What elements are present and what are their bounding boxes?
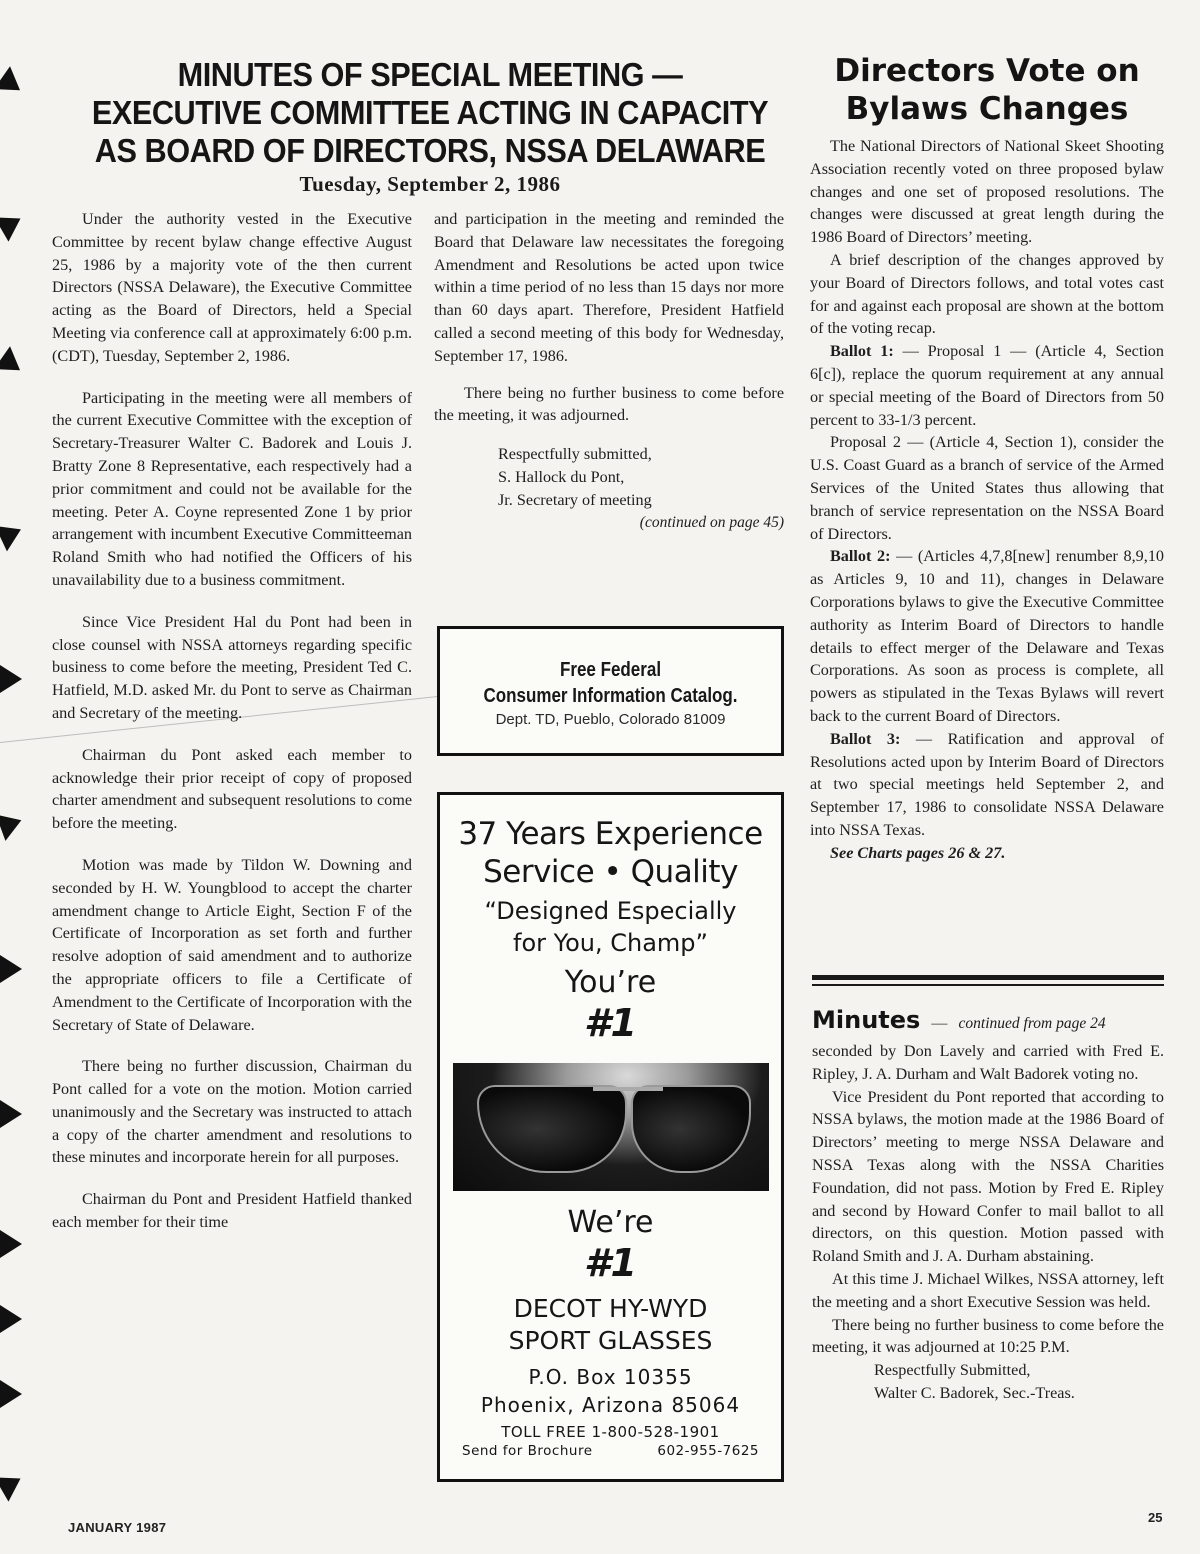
ad-company-name: DECOT HY-WYD bbox=[440, 1293, 781, 1325]
minutes-signoff: Respectfully Submitted, Walter C. Badore… bbox=[874, 1359, 1164, 1404]
ad-were-text: We’re bbox=[440, 1205, 781, 1241]
minutes-title: Minutes bbox=[812, 1006, 920, 1034]
binding-mark bbox=[0, 955, 22, 983]
paragraph: Motion was made by Tildon W. Downing and… bbox=[52, 854, 412, 1036]
ad-were-number: #1 bbox=[440, 1241, 781, 1285]
ad-phone: 602-955-7625 bbox=[657, 1443, 759, 1459]
lens-left-shape bbox=[477, 1085, 627, 1173]
binding-mark bbox=[0, 517, 27, 552]
headline-line: Directors Vote on bbox=[808, 52, 1166, 90]
page-number: 25 bbox=[1148, 1510, 1162, 1525]
binding-mark bbox=[0, 346, 28, 382]
ad-experience-line: 37 Years Experience bbox=[440, 815, 781, 853]
minutes-continued-body: seconded by Don Lavely and carried with … bbox=[812, 1040, 1164, 1404]
ad-youre-text: You’re bbox=[440, 965, 781, 1001]
sunglasses-photo bbox=[453, 1063, 769, 1191]
catalog-ad-address: Dept. TD, Pueblo, Colorado 81009 bbox=[440, 711, 781, 728]
paragraph: and participation in the meeting and rem… bbox=[434, 208, 784, 368]
headline-line: Bylaws Changes bbox=[808, 90, 1166, 128]
catalog-advertisement: Free Federal Consumer Information Catalo… bbox=[437, 626, 784, 756]
ballot-3-paragraph: Ballot 3: — Ratification and approval of… bbox=[810, 728, 1164, 842]
section-divider-thin bbox=[812, 984, 1164, 986]
ballot-label: Ballot 3: bbox=[830, 730, 900, 748]
ballot-label: Ballot 2: bbox=[830, 547, 890, 565]
paragraph: There being no further business to come … bbox=[812, 1314, 1164, 1360]
glasses-bridge-shape bbox=[593, 1087, 663, 1091]
see-charts-link[interactable]: See Charts pages 26 & 27. bbox=[810, 842, 1164, 865]
main-article-dateline: Tuesday, September 2, 1986 bbox=[60, 172, 800, 197]
binding-mark bbox=[0, 1305, 22, 1333]
ballot-label: Ballot 1: bbox=[830, 342, 894, 360]
catalog-ad-title: Free Federal Consumer Information Catalo… bbox=[466, 657, 756, 709]
ad-service-quality-line: Service • Quality bbox=[440, 853, 781, 891]
paragraph: Under the authority vested in the Execut… bbox=[52, 208, 412, 368]
main-article-column-1: Under the authority vested in the Execut… bbox=[52, 208, 412, 1253]
binding-mark bbox=[0, 1380, 22, 1408]
signoff-line: Respectfully Submitted, bbox=[874, 1359, 1164, 1382]
signoff-line: Respectfully submitted, bbox=[498, 443, 784, 466]
binding-mark bbox=[0, 206, 28, 241]
binding-mark bbox=[0, 1466, 28, 1501]
paragraph: At this time J. Michael Wilkes, NSSA att… bbox=[812, 1268, 1164, 1314]
catalog-ad-title-line: Free Federal bbox=[466, 657, 756, 683]
continued-on-note: (continued on page 45) bbox=[434, 512, 784, 535]
sport-glasses-advertisement: 37 Years Experience Service • Quality “D… bbox=[437, 792, 784, 1482]
catalog-ad-title-line: Consumer Information Catalog. bbox=[466, 683, 756, 709]
signoff-line: Jr. Secretary of meeting bbox=[498, 489, 784, 512]
minutes-dash: — bbox=[931, 1015, 947, 1032]
headline-line: MINUTES OF SPECIAL MEETING — bbox=[86, 56, 774, 94]
ad-slogan-line: for You, Champ” bbox=[440, 927, 781, 959]
ad-youre-number: #1 bbox=[440, 1001, 781, 1045]
paragraph: Chairman du Pont asked each member to ac… bbox=[52, 744, 412, 835]
paragraph: A brief description of the changes appro… bbox=[810, 249, 1164, 340]
headline-line: AS BOARD OF DIRECTORS, NSSA DELAWARE bbox=[86, 132, 774, 170]
bylaws-article-headline: Directors Vote on Bylaws Changes bbox=[808, 52, 1166, 128]
section-divider-heavy bbox=[812, 975, 1164, 980]
issue-date-footer: JANUARY 1987 bbox=[68, 1520, 166, 1535]
binding-mark bbox=[0, 66, 28, 102]
binding-mark bbox=[0, 1230, 22, 1258]
page-binding-edge bbox=[0, 0, 40, 1554]
headline-line: EXECUTIVE COMMITTEE ACTING IN CAPACITY bbox=[86, 94, 774, 132]
signoff-line: Walter C. Badorek, Sec.-Treas. bbox=[874, 1382, 1164, 1405]
continued-from-note[interactable]: continued from page 24 bbox=[959, 1015, 1106, 1032]
ballot-text: Proposal 2 — (Article 4, Section 1), con… bbox=[810, 433, 1164, 542]
ad-brochure-text: Send for Brochure bbox=[462, 1443, 593, 1459]
main-article-signoff: Respectfully submitted, S. Hallock du Po… bbox=[498, 443, 784, 512]
ad-po-box: P.O. Box 10355 bbox=[440, 1363, 781, 1391]
ballot-1-paragraph: Ballot 1: — Proposal 1 — (Article 4, Sec… bbox=[810, 340, 1164, 431]
ad-toll-free: TOLL FREE 1-800-528-1901 bbox=[440, 1421, 781, 1443]
main-article-headline: MINUTES OF SPECIAL MEETING — EXECUTIVE C… bbox=[86, 56, 774, 170]
ballot-2-paragraph: Ballot 2: — (Articles 4,7,8[new] renumbe… bbox=[810, 545, 1164, 727]
ad-slogan-line: “Designed Especially bbox=[440, 895, 781, 927]
binding-mark bbox=[0, 665, 22, 693]
paragraph: Vice President du Pont reported that acc… bbox=[812, 1086, 1164, 1268]
minutes-continued-header: Minutes — continued from page 24 bbox=[812, 1006, 1172, 1034]
lens-right-shape bbox=[631, 1085, 751, 1173]
paragraph: Participating in the meeting were all me… bbox=[52, 387, 412, 592]
paragraph: Since Vice President Hal du Pont had bee… bbox=[52, 611, 412, 725]
signoff-line: S. Hallock du Pont, bbox=[498, 466, 784, 489]
binding-mark bbox=[0, 807, 26, 841]
main-article-column-2: and participation in the meeting and rem… bbox=[434, 208, 784, 535]
bylaws-article-body: The National Directors of National Skeet… bbox=[810, 135, 1164, 865]
proposal-2-paragraph: Proposal 2 — (Article 4, Section 1), con… bbox=[810, 431, 1164, 545]
ballot-text: — (Articles 4,7,8[new] renumber 8,9,10 a… bbox=[810, 547, 1164, 725]
paragraph: Chairman du Pont and President Hatfield … bbox=[52, 1188, 412, 1234]
ad-company-product: SPORT GLASSES bbox=[440, 1325, 781, 1357]
binding-mark bbox=[0, 1100, 22, 1128]
paragraph: There being no further business to come … bbox=[434, 382, 784, 428]
paragraph: The National Directors of National Skeet… bbox=[810, 135, 1164, 249]
paragraph: seconded by Don Lavely and carried with … bbox=[812, 1040, 1164, 1086]
ad-bottom-row: Send for Brochure 602-955-7625 bbox=[440, 1443, 781, 1459]
ad-city: Phoenix, Arizona 85064 bbox=[440, 1391, 781, 1419]
paragraph: There being no further discussion, Chair… bbox=[52, 1055, 412, 1169]
